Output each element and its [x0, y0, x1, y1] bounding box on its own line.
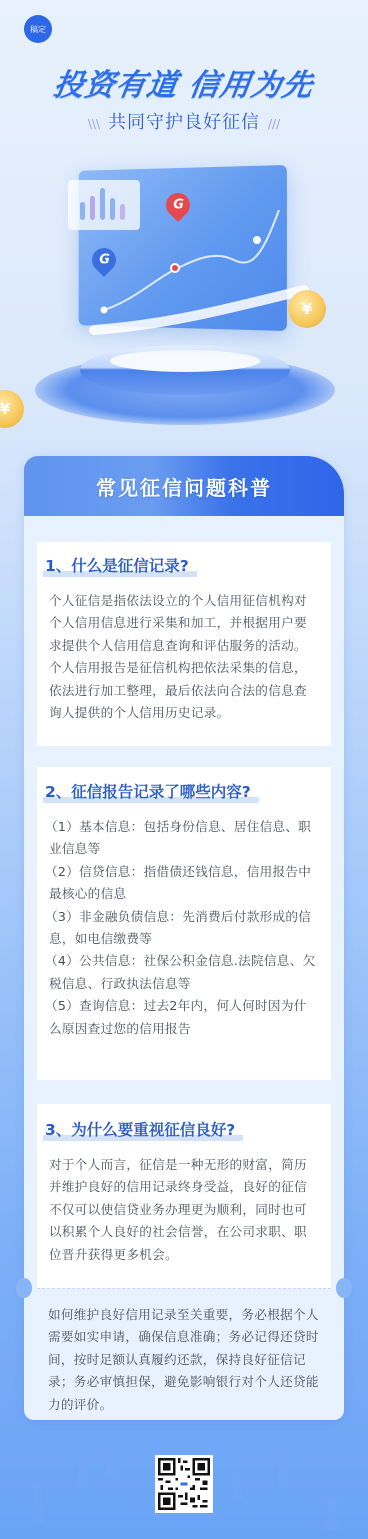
section-title: 1、什么是征信记录? [43, 554, 191, 576]
slash-deco-right: /// [268, 117, 280, 131]
hero-banner: 稿定 投资有道 信用为先 \\\共同守护良好征信/// G G ¥ ¥ [0, 0, 368, 445]
qr-code[interactable] [155, 1455, 213, 1513]
pin-red-letter: G [173, 198, 184, 213]
ticket-notch-left [16, 1278, 32, 1298]
podium-top [110, 350, 260, 372]
subtitle-text: 共同守护良好征信 [108, 112, 260, 133]
slash-deco-left: \\\ [88, 117, 100, 131]
page-title: 投资有道 信用为先 [0, 60, 368, 104]
section-body: 个人征信是指依法设立的个人信用征信机构对个人信用信息进行采集和加工，并根据用户要… [49, 590, 319, 724]
candlestick-deco [327, 1497, 337, 1531]
yuan-coin-icon: ¥ [288, 290, 326, 328]
list-item: （5）查询信息：过去2年内，何人何时因为什么原因查过您的信用报告 [49, 995, 319, 1040]
pin-blue-letter: G [99, 253, 110, 268]
list-item: （3）非金融负债信息：先消费后付款形成的信息，如电信缴费等 [49, 906, 319, 951]
candlestick-deco [106, 1450, 116, 1474]
list-item: （2）信贷信息：指借债还钱信息，信用报告中最核心的信息 [49, 861, 319, 906]
candlestick-deco [233, 1478, 243, 1500]
candlestick-deco [33, 1485, 43, 1525]
faq-section-1: 1、什么是征信记录? 个人征信是指依法设立的个人信用征信机构对个人信用信息进行采… [37, 542, 331, 746]
page-subtitle: \\\共同守护良好征信/// [0, 108, 368, 134]
faq-section-2: 2、征信报告记录了哪些内容? （1）基本信息：包括身份信息、居住信息、职业信息等… [37, 767, 331, 1080]
summary-text: 如何维护良好信用记录至关重要，务必根据个人需要如实申请，确保信息准确；务必记得还… [48, 1304, 326, 1416]
candlestick-deco [278, 1452, 288, 1488]
card-header: 常见征信问题科普 [24, 456, 344, 516]
brand-badge[interactable]: 稿定 [24, 15, 52, 43]
section-title: 3、为什么要重视征信良好? [43, 1118, 237, 1140]
section-body: 对于个人而言，征信是一种无形的财富，简历并维护良好的信用记录终身受益，良好的征信… [49, 1154, 319, 1266]
summary-body: 如何维护良好信用记录至关重要，务必根据个人需要如实申请，确保信息准确；务必记得还… [48, 1304, 326, 1416]
credit-faq-card: 常见征信问题科普 1、什么是征信记录? 个人征信是指依法设立的个人信用征信机构对… [24, 456, 344, 1420]
faq-section-3: 3、为什么要重视征信良好? 对于个人而言，征信是一种无形的财富，简历并维护良好的… [37, 1104, 331, 1288]
list-item: （1）基本信息：包括身份信息、居住信息、职业信息等 [49, 816, 319, 861]
ticket-notch-right [336, 1278, 352, 1298]
qr-code-icon [158, 1458, 210, 1510]
candlestick-deco [78, 1452, 88, 1488]
yuan-coin-icon: ¥ [0, 390, 24, 428]
brand-badge-label: 稿定 [30, 24, 46, 35]
dashed-divider [37, 1288, 331, 1289]
list-item: （4）公共信息：社保公积金信息.法院信息、欠税信息、行政执法信息等 [49, 950, 319, 995]
bar-chart-card-icon [68, 180, 140, 230]
section-title: 2、征信报告记录了哪些内容? [43, 780, 253, 802]
